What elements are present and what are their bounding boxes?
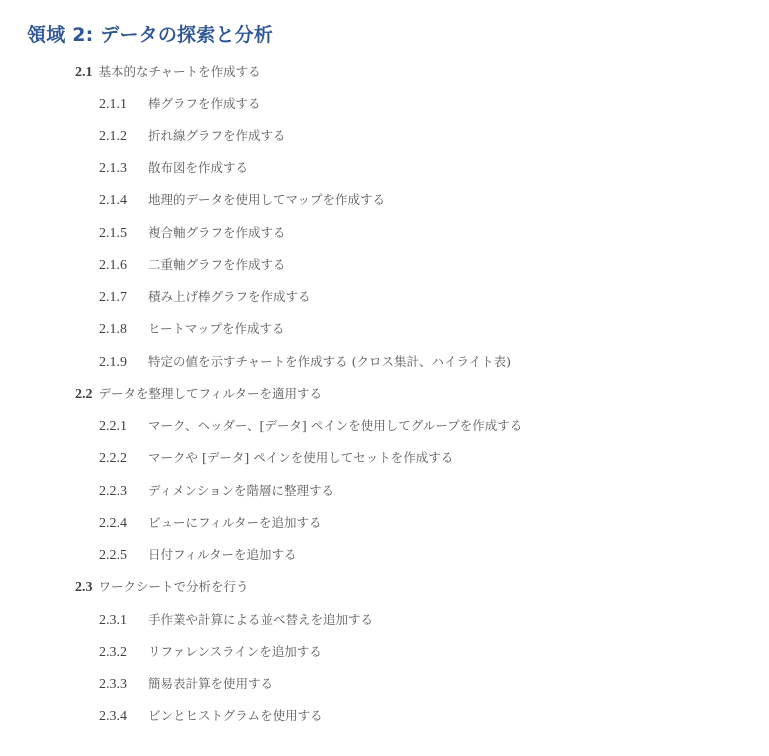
item-label: ディメンションを階層に整理する [148,483,334,498]
item-label: マーク、ヘッダー、[データ] ペインを使用してグループを作成する [148,418,522,433]
list-item: 2.1.1棒グラフを作成する [99,93,261,115]
item-number: 2.1.6 [99,255,148,277]
item-number: 2.1.2 [99,126,148,148]
item-label: 地理的データを使用してマップを作成する [148,192,385,207]
list-item: 2.3.3簡易表計算を使用する [99,673,273,695]
item-label: 複合軸グラフを作成する [148,225,286,240]
item-label: ビンとヒストグラムを使用する [148,708,323,723]
item-label: 二重軸グラフを作成する [148,257,286,272]
item-number: 2.2.3 [99,481,148,503]
item-number: 2.3.3 [99,674,148,696]
item-label: マークや [データ] ペインを使用してセットを作成する [148,450,453,465]
item-number: 2.1.3 [99,158,148,180]
item-label: 折れ線グラフを作成する [148,128,286,143]
item-label: 散布図を作成する [148,160,248,175]
item-label: 手作業や計算による並べ替えを追加する [148,612,373,627]
section-number: 2.2 [75,387,93,402]
item-label: ビューにフィルターを追加する [148,515,322,530]
item-label: 簡易表計算を使用する [148,676,273,691]
domain-title: 領域 2: データの探索と分析 [27,22,273,48]
list-item: 2.1.7積み上げ棒グラフを作成する [99,286,311,308]
section-number: 2.1 [75,65,93,80]
list-item: 2.2.1マーク、ヘッダー、[データ] ペインを使用してグループを作成する [99,415,522,437]
section-heading-2-3: 2.3ワークシートで分析を行う [75,576,249,598]
item-label: ヒートマップを作成する [148,321,285,336]
item-number: 2.2.5 [99,545,148,567]
section-label: 基本的なチャートを作成する [99,64,261,79]
item-label: リファレンスラインを追加する [148,644,322,659]
item-number: 2.3.4 [99,706,148,728]
list-item: 2.1.8ヒートマップを作成する [99,318,285,340]
section-heading-2-1: 2.1基本的なチャートを作成する [75,61,261,83]
section-label: データを整理してフィルターを適用する [99,386,323,401]
item-number: 2.1.4 [99,190,148,212]
item-label: 特定の値を示すチャートを作成する (クロス集計、ハイライト表) [148,354,511,369]
item-number: 2.1.9 [99,352,148,374]
list-item: 2.3.4ビンとヒストグラムを使用する [99,705,323,727]
item-number: 2.2.4 [99,513,148,535]
list-item: 2.2.4ビューにフィルターを追加する [99,512,322,534]
item-number: 2.2.1 [99,416,148,438]
item-number: 2.1.1 [99,94,148,116]
item-number: 2.1.7 [99,287,148,309]
list-item: 2.1.5複合軸グラフを作成する [99,222,286,244]
list-item: 2.2.2マークや [データ] ペインを使用してセットを作成する [99,447,453,469]
item-number: 2.2.2 [99,448,148,470]
section-heading-2-2: 2.2データを整理してフィルターを適用する [75,383,322,405]
list-item: 2.1.2折れ線グラフを作成する [99,125,286,147]
list-item: 2.2.3ディメンションを階層に整理する [99,480,334,502]
item-label: 棒グラフを作成する [148,96,261,111]
list-item: 2.1.4地理的データを使用してマップを作成する [99,189,385,211]
list-item: 2.2.5日付フィルターを追加する [99,544,297,566]
document-page: 領域 2: データの探索と分析 2.1基本的なチャートを作成する 2.1.1棒グ… [0,0,769,756]
item-number: 2.3.2 [99,642,148,664]
list-item: 2.3.2リファレンスラインを追加する [99,641,322,663]
item-number: 2.1.5 [99,223,148,245]
list-item: 2.1.3散布図を作成する [99,157,248,179]
list-item: 2.1.9特定の値を示すチャートを作成する (クロス集計、ハイライト表) [99,351,511,373]
item-number: 2.3.1 [99,610,148,632]
section-number: 2.3 [75,580,93,595]
item-label: 日付フィルターを追加する [148,547,297,562]
list-item: 2.3.1手作業や計算による並べ替えを追加する [99,609,373,631]
section-label: ワークシートで分析を行う [99,579,249,594]
item-label: 積み上げ棒グラフを作成する [148,289,311,304]
list-item: 2.1.6二重軸グラフを作成する [99,254,286,276]
item-number: 2.1.8 [99,319,148,341]
